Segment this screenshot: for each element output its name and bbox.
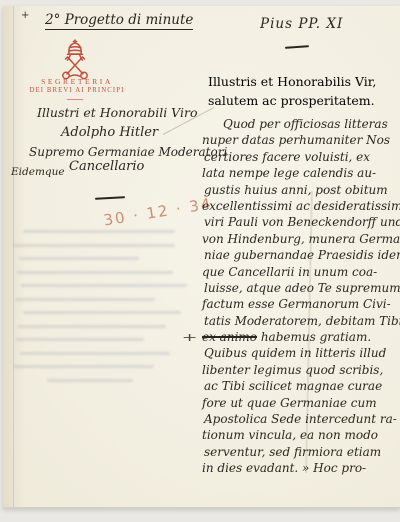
letter-line: Quod per officiosas litteras [204, 116, 400, 132]
address-line: Illustri et Honorabili Viro [37, 105, 197, 120]
letter-line: tatis Moderatorem, debitam Tibi [204, 313, 400, 329]
bleedthrough-line [19, 257, 139, 260]
bleedthrough-line [23, 311, 181, 314]
letter-line: in dies evadant. » Hoc pro- [202, 460, 400, 476]
letterhead-line1: SEGRETERIA [15, 77, 139, 86]
letterhead-line2: DEI BREVI AI PRINCIPI [15, 87, 139, 94]
struck-words: ex animo [202, 330, 257, 344]
letter-line: niae gubernandae Praesidis idem- [204, 247, 400, 263]
address-line4-prefix: Eidemque [11, 166, 65, 178]
letter-line: Apostolica Sede intercedunt ra- [204, 411, 400, 427]
letter-line: Quibus quidem in litteris illud [204, 345, 400, 361]
letter-body: Quod per officiosas litterasnuper datas … [202, 116, 400, 477]
salutation-line: Illustris et Honorabilis Vir, [208, 72, 376, 91]
pope-heading-dash [285, 45, 309, 49]
salutation: Illustris et Honorabilis Vir,salutem ac … [208, 72, 376, 110]
letter-line: fore ut quae Germaniae cum [202, 395, 400, 411]
bleedthrough-line [13, 244, 175, 247]
address-line: Supremo Germaniae Moderatori [29, 145, 227, 159]
letter-line: excellentissimi ac desideratissimi [202, 198, 400, 214]
bleedthrough-text [9, 230, 195, 392]
letter-line: serventur, sed firmiora etiam [204, 444, 400, 460]
document-page: + 2° Progetto di minute Pius PP. XI SEGR… [3, 6, 400, 508]
bleedthrough-line [18, 325, 166, 328]
date-stamp: 30 · 12 · 34 [102, 195, 213, 230]
letter-line: tionum vincula, ea non modo [202, 427, 400, 443]
salutation-line: salutem ac prosperitatem. [208, 91, 376, 110]
bleedthrough-line [14, 365, 154, 368]
letter-line: certiores facere voluisti, ex [204, 149, 400, 165]
letter-line: gustis huius anni, post obitum [204, 182, 400, 198]
letter-line: lata nempe lege calendis au- [202, 165, 400, 181]
address-dash [95, 196, 125, 200]
bleedthrough-line [16, 338, 144, 341]
pope-heading: Pius PP. XI [260, 16, 343, 32]
letter-line: luisse, atque adeo Te supremum [204, 280, 400, 296]
margin-plus-mark: + [182, 330, 198, 346]
letter-line: libenter legimus quod scribis, [202, 362, 400, 378]
draft-title-text: 2° Progetto di minute [45, 12, 193, 30]
address-line: Adolpho Hitler [61, 125, 158, 140]
address-line4-main: Cancellario [69, 159, 144, 174]
draft-title: 2° Progetto di minute [45, 12, 193, 28]
letter-line: viri Pauli von Beneckendorff und [204, 214, 400, 230]
bleedthrough-line [47, 379, 133, 382]
corner-annotation-mark: + [21, 10, 29, 21]
letter-line: von Hindenburg, munera Germa- [202, 231, 400, 247]
letter-line: +ex animo habemus gratiam. [202, 329, 400, 345]
letter-line: factum esse Germanorum Civi- [202, 296, 400, 312]
bleedthrough-line [17, 271, 173, 274]
bleedthrough-line [23, 230, 175, 233]
bleedthrough-line [15, 298, 155, 301]
bleedthrough-line [20, 352, 170, 355]
letterhead-rule [67, 99, 83, 100]
letter-line: que Cancellarii in unum coa- [202, 264, 400, 280]
bleedthrough-line [21, 284, 187, 287]
letter-line: ac Tibi scilicet magnae curae [204, 378, 400, 394]
letter-line: nuper datas perhumaniter Nos [202, 132, 400, 148]
